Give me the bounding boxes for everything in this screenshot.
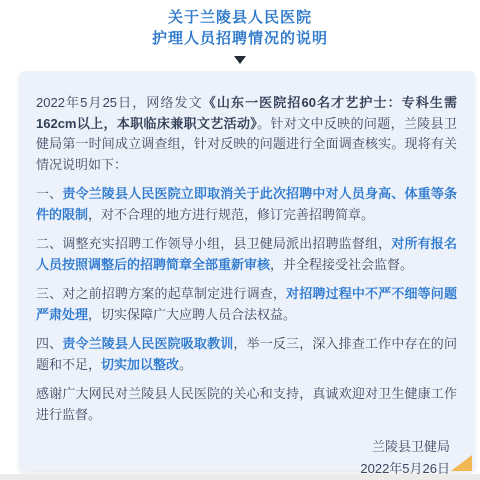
text-run: ，切实保障广大应聘人员合法权益。 xyxy=(88,307,296,322)
page-title-line-1: 关于兰陵县人民医院 xyxy=(0,7,480,28)
text-run: ，并全程接受社会监督。 xyxy=(270,257,413,272)
text-run: 二、调整充实招聘工作领导小组，县卫健局派出招聘监督组， xyxy=(36,236,391,251)
text-run: 。 xyxy=(179,357,192,372)
text-run: 责令兰陵县人民医院吸取教训 xyxy=(62,336,233,351)
corner-triangle-icon xyxy=(451,455,472,471)
text-run: 2022年5月25日，网络发文 xyxy=(36,95,203,110)
announcement-body: 2022年5月25日，网络发文《山东一医院招60名才艺护士：专科生需162cm以… xyxy=(36,93,457,425)
text-run: 一、 xyxy=(36,186,62,201)
paragraph: 2022年5月25日，网络发文《山东一医院招60名才艺护士：专科生需162cm以… xyxy=(36,93,457,175)
signature-org: 兰陵县卫健局 xyxy=(36,436,450,458)
text-run: 切实加以整改 xyxy=(101,357,179,372)
header: 关于兰陵县人民医院 护理人员招聘情况的说明 xyxy=(0,0,480,64)
text-run: 四、 xyxy=(36,336,62,351)
bottom-divider xyxy=(0,474,480,480)
announcement-card: 2022年5月25日，网络发文《山东一医院招60名才艺护士：专科生需162cm以… xyxy=(19,71,475,471)
text-run: ，对不合理的地方进行规范，修订完善招聘简章。 xyxy=(88,207,374,222)
paragraph: 三、对之前招聘方案的起草制定进行调查，对招聘过程中不严不细等问题严肃处理，切实保… xyxy=(36,284,457,325)
arrow-down-icon xyxy=(234,56,246,64)
paragraph: 四、责令兰陵县人民医院吸取教训，举一反三，深入排查工作中存在的问题和不足，切实加… xyxy=(36,334,457,375)
paragraph: 感谢广大网民对兰陵县人民医院的关心和支持，真诚欢迎对卫生健康工作进行监督。 xyxy=(36,384,457,425)
paragraph: 二、调整充实招聘工作领导小组，县卫健局派出招聘监督组，对所有报名人员按照调整后的… xyxy=(36,234,457,275)
page-title-line-2: 护理人员招聘情况的说明 xyxy=(0,28,480,49)
text-run: 感谢广大网民对兰陵县人民医院的关心和支持，真诚欢迎对卫生健康工作进行监督。 xyxy=(36,386,457,422)
text-run: 三、对之前招聘方案的起草制定进行调查， xyxy=(36,286,286,301)
signature-block: 兰陵县卫健局 2022年5月26日 xyxy=(36,436,457,479)
paragraph: 一、责令兰陵县人民医院立即取消关于此次招聘中对人员身高、体重等条件的限制，对不合… xyxy=(36,184,457,225)
